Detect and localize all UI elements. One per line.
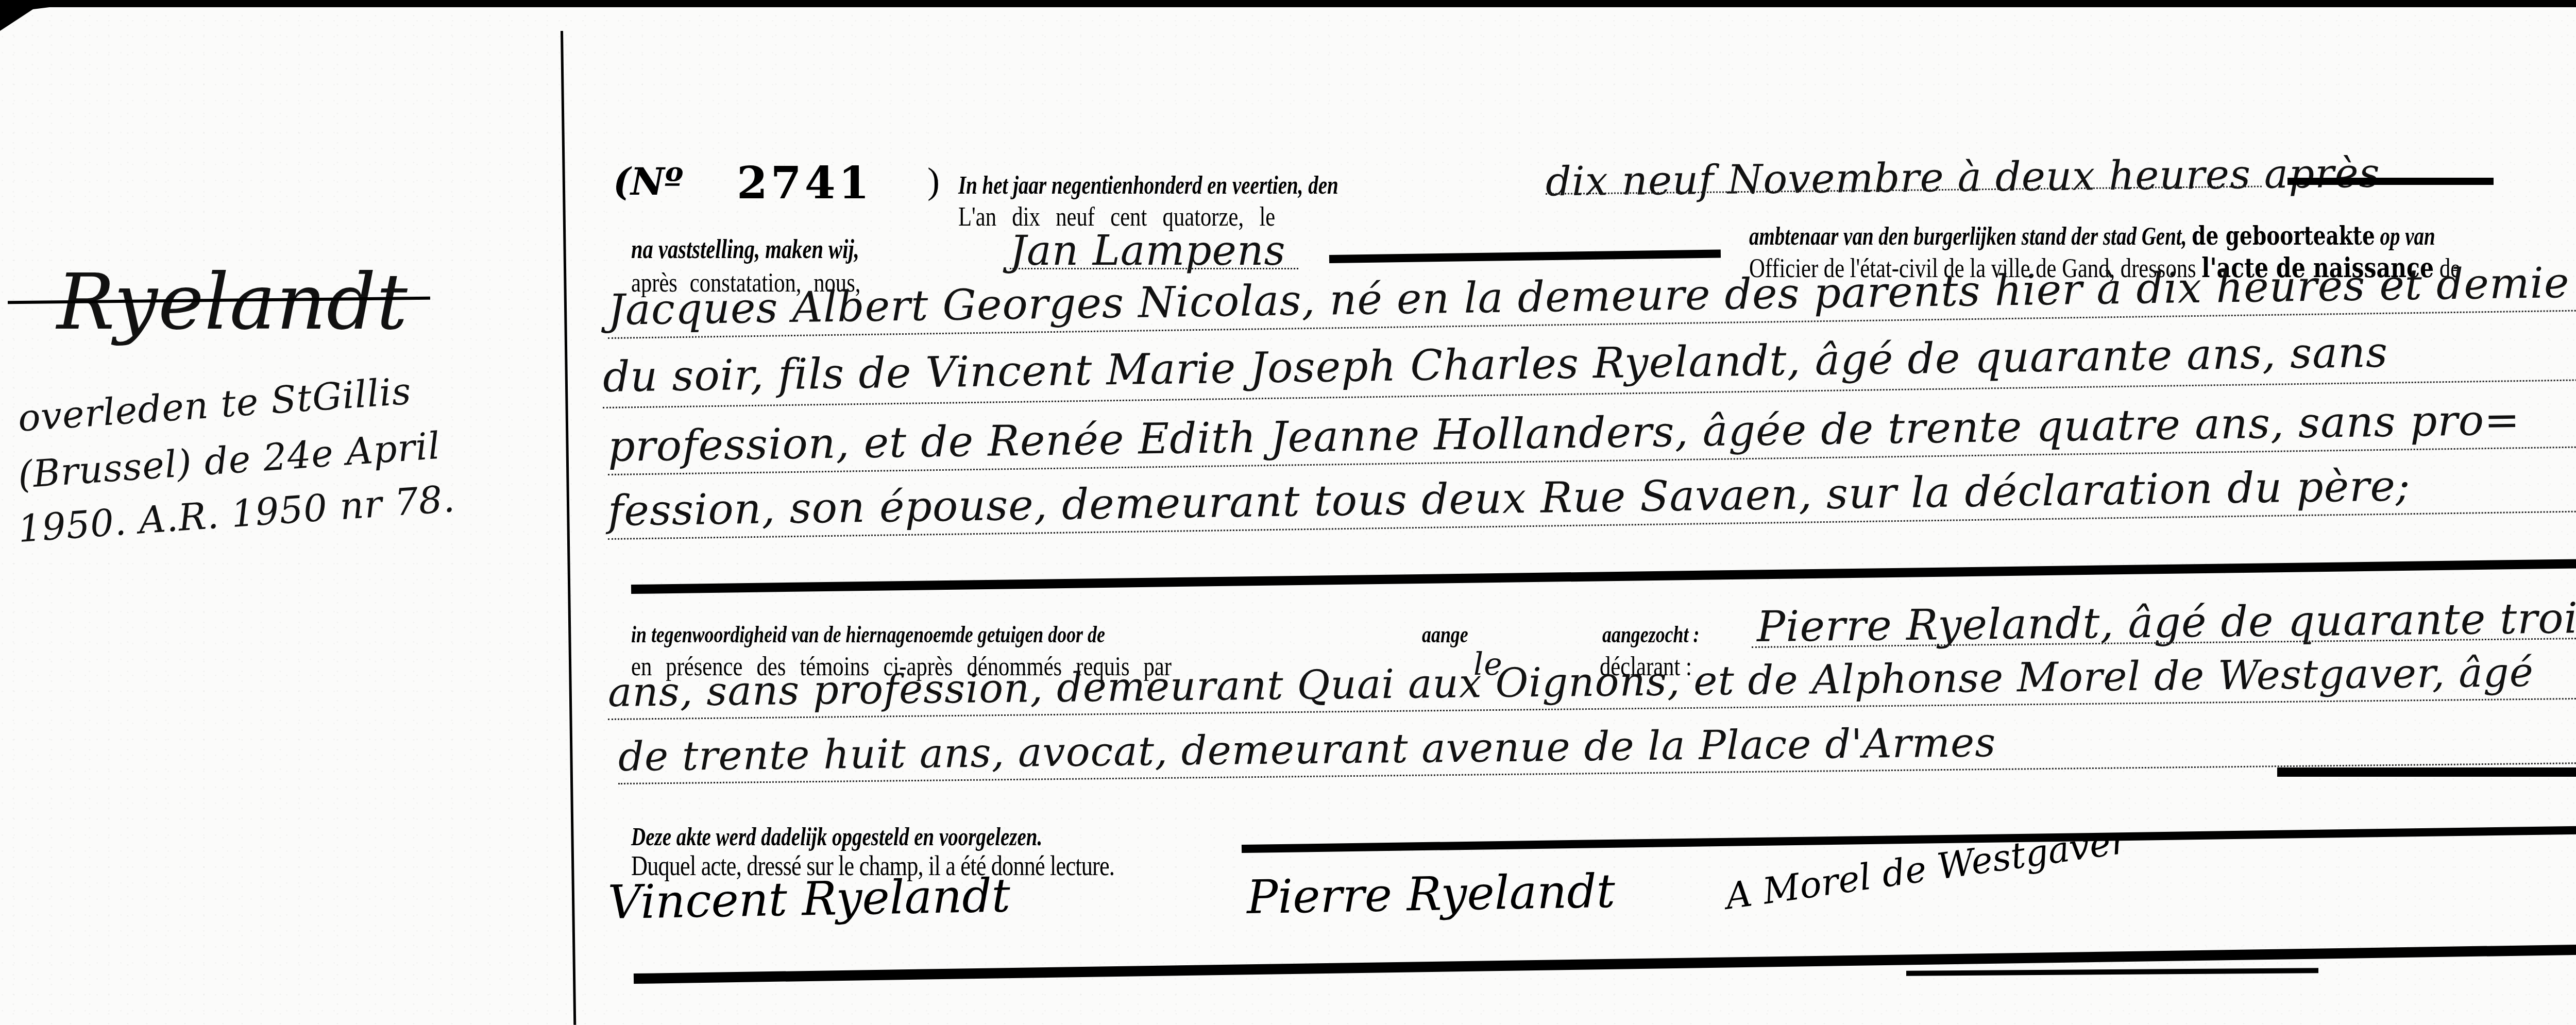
scanned-register-page: 35 Chy Ryelandt overleden te StGillis (B… <box>0 0 2576 1025</box>
header-nl-line-3-text: ambtenaar van den burgerlijken stand der… <box>1749 221 2187 250</box>
header-nl-geboorteakte: de geboorteakte <box>2192 220 2375 251</box>
signature-witness-1: Pierre Ryelandt <box>1246 864 1616 925</box>
witness-end-fill-line <box>2277 767 2576 777</box>
officer-dotted-line <box>1010 268 1298 269</box>
header-nl-line-2: na vaststelling, maken wij, <box>631 234 859 265</box>
witness-nl-aangezocht: aangezocht : <box>1602 621 1699 648</box>
body-line-4: fession, son épouse, demeurant tous deux… <box>607 462 2411 536</box>
signature-witness-2: A Morel de Westgaver <box>1723 819 2130 918</box>
act-number-label: (Nº <box>613 160 683 203</box>
header-nl-line-3: ambtenaar van den burgerlijken stand der… <box>1749 220 2435 251</box>
officer-fill-line <box>1329 249 1721 263</box>
margin-death-note-line-1: overleden te StGillis <box>16 369 413 440</box>
birth-date-handwritten: dix neuf Novembre à deux heures après <box>1546 150 2381 206</box>
date-fill-line <box>2287 178 2494 185</box>
section-divider-line <box>631 556 2576 594</box>
act-number-close: ) <box>927 160 940 202</box>
closing-fill-line <box>1242 824 2576 853</box>
act-number: 2741 <box>737 157 872 209</box>
header-nl-line-1: In het jaar negentienhonderd en veertien… <box>958 170 1338 200</box>
signature-base-line <box>634 942 2576 984</box>
body-line-3: profession, et de Renée Edith Jeanne Hol… <box>607 396 2520 471</box>
header-nl-line-3-end: op van <box>2380 221 2435 250</box>
witness-nl-aange: aange <box>1422 621 1468 648</box>
margin-divider-line <box>561 31 576 1025</box>
scan-top-edge <box>0 0 2576 7</box>
scan-bottom-edge <box>1906 968 2318 976</box>
body-line-2: du soir, fils de Vincent Marie Joseph Ch… <box>602 328 2388 402</box>
signature-father: Vincent Ryelandt <box>607 868 1011 930</box>
witness-nl-line: in tegenwoordigheid van de hiernagenoemd… <box>631 621 1105 648</box>
closing-nl: Deze akte werd dadelijk opgesteld en voo… <box>631 822 1042 851</box>
scan-corner-shadow <box>0 0 82 31</box>
